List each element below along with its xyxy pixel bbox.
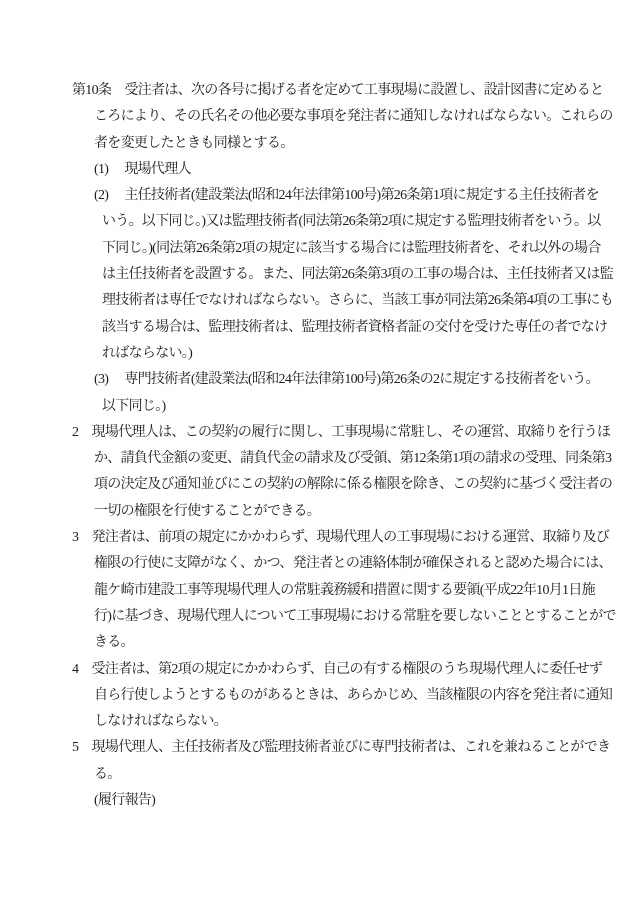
document-line: 2 現場代理人は、この契約の履行に関し、工事現場に常駐し、その運営、取締りを行う… bbox=[72, 420, 630, 446]
document-line: は主任技術者を設置する。また、同法第26条第3項の工事の場合は、主任技術者又は監 bbox=[102, 262, 630, 288]
document-line: 権限の行使に支障がなく、かつ、発注者との連絡体制が確保されると認めた場合には、 bbox=[94, 551, 630, 577]
document-line: 下同じ。)(同法第26条第2項の規定に該当する場合には監理技術者を、それ以外の場… bbox=[102, 236, 630, 262]
document-line: 第10条 受注者は、次の各号に掲げる者を定めて工事現場に設置し、設計図書に定める… bbox=[72, 78, 630, 104]
document-line: しなければならない。 bbox=[94, 709, 630, 735]
document-line: 者を変更したときも同様とする。 bbox=[94, 131, 630, 157]
document-body: 第10条 受注者は、次の各号に掲げる者を定めて工事現場に設置し、設計図書に定める… bbox=[0, 78, 630, 814]
document-line: 自ら行使しようとするものがあるときは、あらかじめ、当該権限の内容を発注者に通知 bbox=[94, 683, 630, 709]
document-line: 5 現場代理人、主任技術者及び監理技術者並びに専門技術者は、これを兼ねることがで… bbox=[72, 735, 630, 761]
document-line: る。 bbox=[94, 762, 630, 788]
document-line: ころにより、その氏名その他必要な事項を発注者に通知しなければならない。これらの bbox=[94, 104, 630, 130]
document-line: 以下同じ。) bbox=[102, 394, 630, 420]
document-line: か、請負代金額の変更、請負代金の請求及び受領、第12条第1項の請求の受理、同条第… bbox=[94, 446, 630, 472]
document-line: きる。 bbox=[94, 630, 630, 656]
document-line: 理技術者は専任でなければならない。さらに、当該工事が同法第26条第4項の工事にも bbox=[102, 288, 630, 314]
document-line: (履行報告) bbox=[94, 788, 630, 814]
document-line: (1) 現場代理人 bbox=[94, 157, 630, 183]
document-line: 行)に基づき、現場代理人について工事現場における常駐を要しないこととすることがで bbox=[94, 604, 630, 630]
document-line: 4 受注者は、第2項の規定にかかわらず、自己の有する権限のうち現場代理人に委任せ… bbox=[72, 657, 630, 683]
document-line: (3) 専門技術者(建設業法(昭和24年法律第100号)第26条の2に規定する技… bbox=[94, 367, 630, 393]
document-page: 第10条 受注者は、次の各号に掲げる者を定めて工事現場に設置し、設計図書に定める… bbox=[0, 0, 630, 903]
document-line: ればならない。) bbox=[102, 341, 630, 367]
document-line: (2) 主任技術者(建設業法(昭和24年法律第100号)第26条第1項に規定する… bbox=[94, 183, 630, 209]
document-line: 項の決定及び通知並びにこの契約の解除に係る権限を除き、この契約に基づく受注者の bbox=[94, 472, 630, 498]
document-line: 3 発注者は、前項の規定にかかわらず、現場代理人の工事現場における運営、取締り及… bbox=[72, 525, 630, 551]
document-line: 一切の権限を行使することができる。 bbox=[94, 499, 630, 525]
document-line: 龍ケ崎市建設工事等現場代理人の常駐義務緩和措置に関する要領(平成22年10月1日… bbox=[94, 578, 630, 604]
document-line: 該当する場合は、監理技術者は、監理技術者資格者証の交付を受けた専任の者でなけ bbox=[102, 315, 630, 341]
document-line: いう。以下同じ。)又は監理技術者(同法第26条第2項に規定する監理技術者をいう。… bbox=[102, 209, 630, 235]
